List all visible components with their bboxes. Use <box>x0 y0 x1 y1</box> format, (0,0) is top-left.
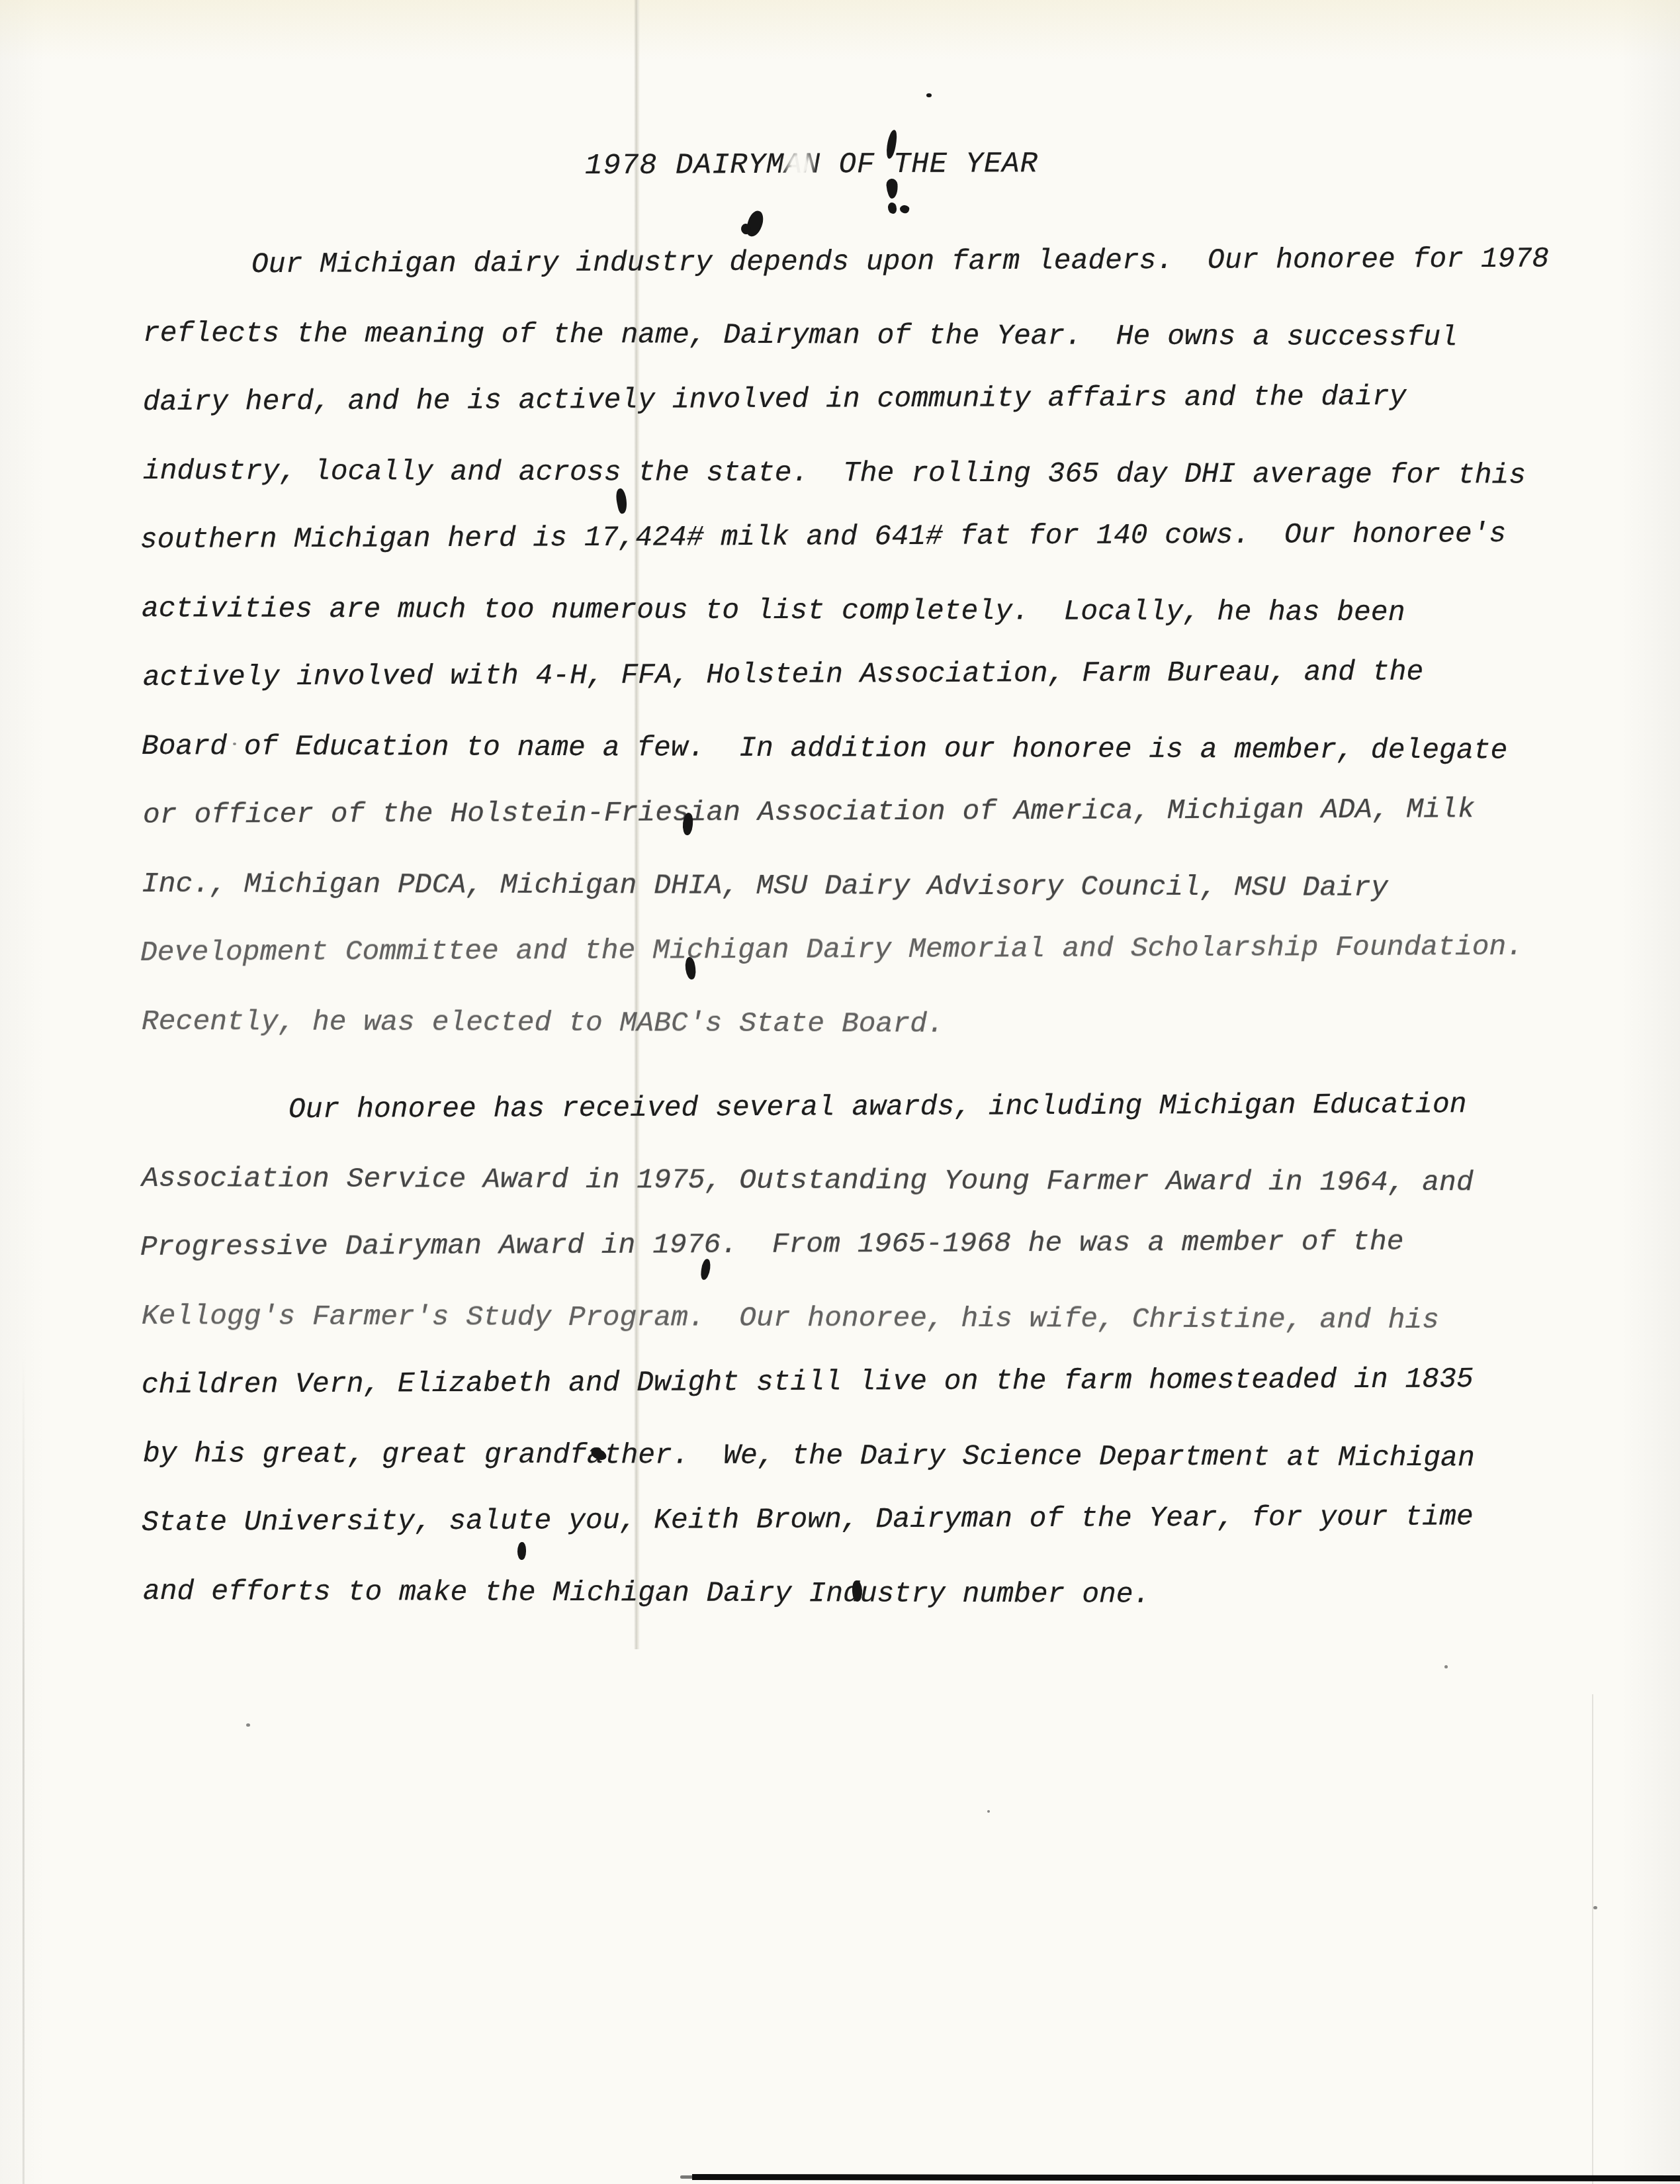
text-line: Progressive Dairyman Award in 1976. From… <box>140 1226 1404 1263</box>
text-line: Development Committee and the Michigan D… <box>140 931 1523 969</box>
dust-speck <box>246 1723 250 1727</box>
page-edge-shadow <box>22 1357 24 2184</box>
scan-edge-line <box>692 2174 1680 2181</box>
text-line: Our honoree has received several awards,… <box>288 1088 1467 1126</box>
ink-smudge <box>926 93 932 97</box>
text-line: by his great, great grandfather. We, the… <box>143 1437 1475 1474</box>
dust-speck <box>987 1810 990 1813</box>
text-line: State University, salute you, Keith Brow… <box>142 1500 1474 1539</box>
text-line: Kellogg's Farmer's Study Program. Our ho… <box>142 1300 1439 1336</box>
text-line: or officer of the Holstein-Friesian Asso… <box>143 793 1475 831</box>
scan-artifact-line <box>1592 1694 1593 2184</box>
text-line: and efforts to make the Michigan Dairy I… <box>143 1575 1151 1611</box>
text-line: Recently, he was elected to MABC's State… <box>142 1005 944 1040</box>
ink-smudge <box>614 488 629 514</box>
dust-speck <box>233 743 236 745</box>
text-line: Board of Education to name a few. In add… <box>142 730 1507 766</box>
scanned-typewritten-page: 1978 DAIRYMAN OF THE YEAR Our Michigan d… <box>0 0 1680 2184</box>
text-line: dairy herd, and he is actively involved … <box>143 381 1407 418</box>
ink-smudge <box>888 203 897 214</box>
text-line: Our Michigan dairy industry depends upon… <box>251 242 1549 281</box>
title-fade-artifact <box>782 144 817 185</box>
text-line: children Vern, Elizabeth and Dwight stil… <box>142 1363 1474 1401</box>
ink-smudge <box>899 204 910 214</box>
ink-smudge <box>700 1258 711 1280</box>
ink-smudge <box>517 1542 526 1560</box>
dust-speck <box>1593 1906 1597 1909</box>
text-line: Association Service Award in 1975, Outst… <box>142 1162 1474 1199</box>
text-line: Inc., Michigan PDCA, Michigan DHIA, MSU … <box>142 868 1388 904</box>
text-line: activities are much too numerous to list… <box>142 592 1405 629</box>
ink-smudge <box>886 178 899 199</box>
text-line: southern Michigan herd is 17,424# milk a… <box>140 518 1507 556</box>
dust-speck <box>1444 1665 1448 1668</box>
text-line: industry, locally and across the state. … <box>143 455 1526 492</box>
text-line: actively involved with 4-H, FFA, Holstei… <box>143 656 1424 694</box>
text-line: reflects the meaning of the name, Dairym… <box>143 317 1458 353</box>
